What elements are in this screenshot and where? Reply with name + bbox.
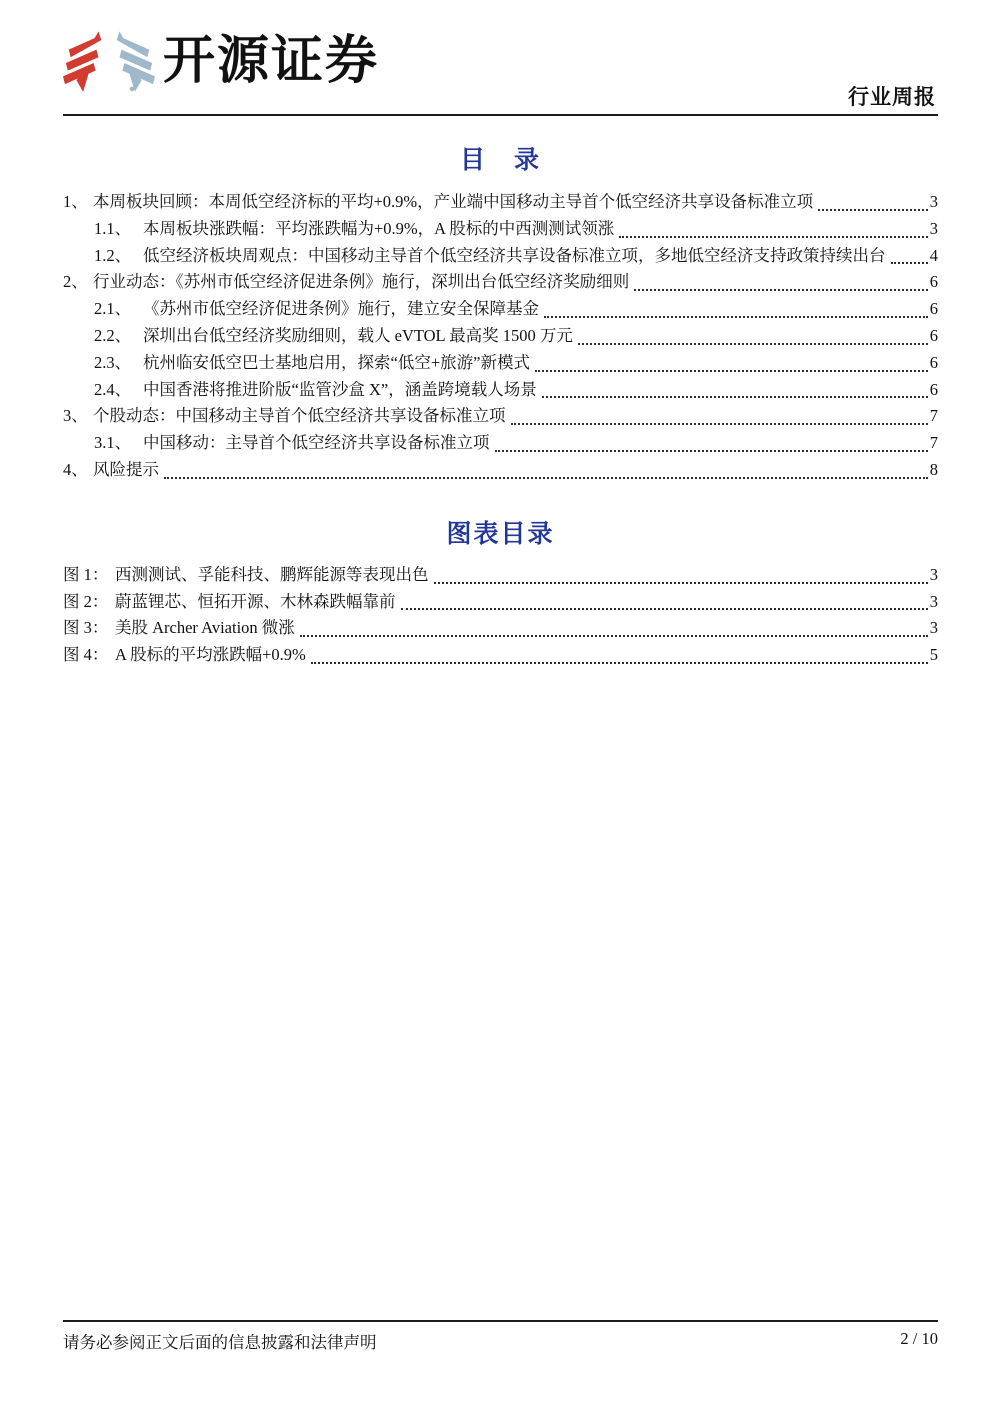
toc-entry[interactable]: 2.4、 中国香港将推进阶版“监管沙盒 X”，涵盖跨境载人场景 6 [63, 377, 938, 404]
entry-label: 深圳出台低空经济奖励细则，载人 eVTOL 最高奖 1500 万元 [143, 323, 573, 350]
entry-number: 3、 [63, 403, 93, 430]
entry-label: 中国香港将推进阶版“监管沙盒 X”，涵盖跨境载人场景 [143, 377, 537, 404]
page-indicator: 2 / 10 [900, 1329, 938, 1349]
dot-leader [578, 343, 928, 345]
dot-leader [300, 635, 928, 637]
entry-page: 3 [930, 189, 938, 216]
entry-number: 2.3、 [94, 350, 143, 377]
entry-number: 1、 [63, 189, 93, 216]
entry-number: 2.1、 [94, 296, 143, 323]
entry-page: 6 [930, 377, 938, 404]
dot-leader [164, 477, 928, 479]
entry-number: 4、 [63, 457, 93, 484]
dot-leader [619, 236, 927, 238]
dot-leader [495, 450, 928, 452]
entry-page: 6 [930, 350, 938, 377]
entry-number: 2、 [63, 269, 93, 296]
toc-entry[interactable]: 2、 行业动态：《苏州市低空经济促进条例》施行，深圳出台低空经济奖励细则 6 [63, 269, 938, 296]
entry-page: 3 [930, 589, 938, 616]
toc-entry[interactable]: 3、 个股动态：中国移动主导首个低空经济共享设备标准立项 7 [63, 403, 938, 430]
entry-label: A 股标的平均涨跌幅+0.9% [115, 642, 306, 669]
dot-leader [535, 370, 928, 372]
entry-label: 蔚蓝锂芯、恒拓开源、木林森跌幅靠前 [115, 589, 396, 616]
entry-number: 图 4： [63, 642, 115, 669]
entry-number: 3.1、 [94, 430, 143, 457]
dot-leader [401, 608, 928, 610]
brand-flags-icon [63, 30, 155, 96]
report-page: 开源证券 行业周报 目 录 1、 本周板块回顾：本周低空经济标的平均+0.9%，… [0, 0, 1000, 669]
entry-number: 图 2： [63, 589, 115, 616]
entry-page: 6 [930, 269, 938, 296]
entry-label: 西测测试、孚能科技、鹏辉能源等表现出色 [115, 562, 429, 589]
report-type-label: 行业周报 [848, 81, 936, 111]
entry-number: 图 3： [63, 615, 115, 642]
page-footer: 请务必参阅正文后面的信息披露和法律声明 2 / 10 [63, 1320, 938, 1353]
figures-title: 图表目录 [63, 514, 938, 550]
dot-leader [891, 262, 928, 264]
entry-label: 本周板块涨跌幅：平均涨跌幅为+0.9%，A 股标的中西测测试领涨 [143, 216, 614, 243]
toc-entry[interactable]: 2.1、 《苏州市低空经济促进条例》施行，建立安全保障基金 6 [63, 296, 938, 323]
entry-label: 低空经济板块周观点：中国移动主导首个低空经济共享设备标准立项，多地低空经济支持政… [143, 243, 886, 270]
toc-entry[interactable]: 3.1、 中国移动：主导首个低空经济共享设备标准立项 7 [63, 430, 938, 457]
entry-number: 1.2、 [94, 243, 143, 270]
entry-page: 3 [930, 562, 938, 589]
figure-entry[interactable]: 图 1： 西测测试、孚能科技、鹏辉能源等表现出色 3 [63, 562, 938, 589]
entry-page: 4 [930, 243, 938, 270]
toc-entry[interactable]: 2.2、 深圳出台低空经济奖励细则，载人 eVTOL 最高奖 1500 万元 6 [63, 323, 938, 350]
toc-entry[interactable]: 1.1、 本周板块涨跌幅：平均涨跌幅为+0.9%，A 股标的中西测测试领涨 3 [63, 216, 938, 243]
entry-page: 5 [930, 642, 938, 669]
dot-leader [434, 582, 928, 584]
entry-page: 3 [930, 615, 938, 642]
entry-page: 8 [930, 457, 938, 484]
entry-page: 3 [930, 216, 938, 243]
entry-number: 2.2、 [94, 323, 143, 350]
entry-label: 《苏州市低空经济促进条例》施行，建立安全保障基金 [143, 296, 539, 323]
entry-label: 中国移动：主导首个低空经济共享设备标准立项 [143, 430, 490, 457]
dot-leader [544, 316, 928, 318]
toc-title: 目 录 [63, 140, 938, 176]
dot-leader [634, 289, 928, 291]
entry-number: 2.4、 [94, 377, 143, 404]
entry-label: 美股 Archer Aviation 微涨 [115, 615, 295, 642]
entry-label: 风险提示 [93, 457, 159, 484]
figure-entry[interactable]: 图 3： 美股 Archer Aviation 微涨 3 [63, 615, 938, 642]
entry-page: 7 [930, 430, 938, 457]
figure-entry[interactable]: 图 4： A 股标的平均涨跌幅+0.9% 5 [63, 642, 938, 669]
toc-entry[interactable]: 1、 本周板块回顾：本周低空经济标的平均+0.9%，产业端中国移动主导首个低空经… [63, 189, 938, 216]
entry-page: 7 [930, 403, 938, 430]
figures-list: 图 1： 西测测试、孚能科技、鹏辉能源等表现出色 3 图 2： 蔚蓝锂芯、恒拓开… [63, 562, 938, 669]
entry-page: 6 [930, 323, 938, 350]
toc-entry[interactable]: 2.3、 杭州临安低空巴士基地启用，探索“低空+旅游”新模式 6 [63, 350, 938, 377]
dot-leader [511, 423, 928, 425]
footer-disclaimer: 请务必参阅正文后面的信息披露和法律声明 [63, 1329, 377, 1353]
entry-number: 图 1： [63, 562, 115, 589]
entry-number: 1.1、 [94, 216, 143, 243]
toc-entry[interactable]: 4、 风险提示 8 [63, 457, 938, 484]
company-logo: 开源证券 [63, 30, 938, 96]
toc-entry[interactable]: 1.2、 低空经济板块周观点：中国移动主导首个低空经济共享设备标准立项，多地低空… [63, 243, 938, 270]
entry-page: 6 [930, 296, 938, 323]
dot-leader [818, 209, 928, 211]
logo-text: 开源证券 [163, 35, 379, 87]
page-header: 开源证券 行业周报 [63, 0, 938, 116]
entry-label: 行业动态：《苏州市低空经济促进条例》施行，深圳出台低空经济奖励细则 [93, 269, 629, 296]
entry-label: 杭州临安低空巴士基地启用，探索“低空+旅游”新模式 [143, 350, 530, 377]
entry-label: 本周板块回顾：本周低空经济标的平均+0.9%，产业端中国移动主导首个低空经济共享… [93, 189, 813, 216]
dot-leader [311, 662, 928, 664]
entry-label: 个股动态：中国移动主导首个低空经济共享设备标准立项 [93, 403, 506, 430]
toc-list: 1、 本周板块回顾：本周低空经济标的平均+0.9%，产业端中国移动主导首个低空经… [63, 189, 938, 484]
dot-leader [542, 396, 928, 398]
figure-entry[interactable]: 图 2： 蔚蓝锂芯、恒拓开源、木林森跌幅靠前 3 [63, 589, 938, 616]
